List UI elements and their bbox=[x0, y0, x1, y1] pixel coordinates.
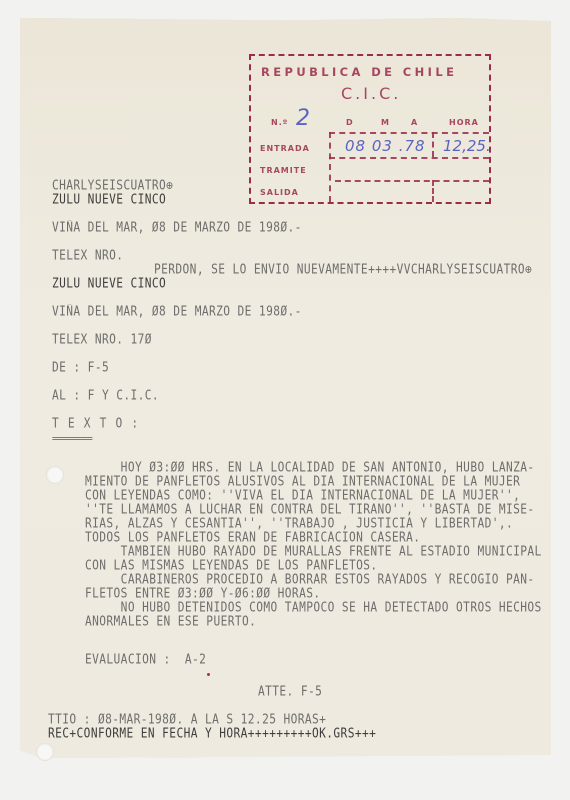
body-line: RIAS, ALZAS Y CESANTIA'', ''TRABAJO , JU… bbox=[85, 516, 513, 531]
body-line: MIENTO DE PANFLETOS ALUSIVOS AL DIA INTE… bbox=[85, 474, 520, 489]
body-line: FLETOS ENTRE Ø3:ØØ Y-Ø6:ØØ HORAS. bbox=[85, 586, 320, 601]
stamp-col-month: M bbox=[381, 118, 390, 127]
cic-reception-stamp: REPUBLICA DE CHILE C.I.C. N.º 2 D M A HO… bbox=[249, 54, 491, 204]
stamp-entrada-hora: 12,25. bbox=[443, 137, 491, 155]
receipt-confirmation-line: REC+CONFORME EN FECHA Y HORA+++++++++OK.… bbox=[48, 726, 376, 741]
body-line: NO HUBO DETENIDOS COMO TAMPOCO SE HA DET… bbox=[85, 600, 542, 615]
stamp-title: REPUBLICA DE CHILE bbox=[261, 65, 457, 79]
stamp-row-tramite: TRAMITE bbox=[260, 166, 307, 175]
body-line: CON LAS MISMAS LEYENDAS DE LOS PANFLETOS… bbox=[85, 558, 378, 573]
sender-callsign: CHARLYSEISCUATRO⊕ bbox=[52, 178, 173, 193]
body-line: TAMBIEN HUBO RAYADO DE MURALLAS FRENTE A… bbox=[85, 544, 542, 559]
place-date-line: VIÑA DEL MAR, Ø8 DE MARZO DE 198Ø.- bbox=[52, 220, 302, 235]
recipient-callsign: ZULU NUEVE CINCO bbox=[52, 192, 166, 207]
evaluation-line: EVALUACION : A-2 bbox=[85, 652, 206, 667]
punch-hole bbox=[46, 466, 64, 484]
body-line: CON LEYENDAS COMO: ''VIVA EL DIA INTERNA… bbox=[85, 488, 520, 503]
stamp-col-hora: HORA bbox=[449, 118, 479, 127]
main-place-date-line: VIÑA DEL MAR, Ø8 DE MARZO DE 198Ø.- bbox=[52, 304, 302, 319]
body-line: TODOS LOS PANFLETOS ERAN DE FABRICACION … bbox=[85, 530, 420, 545]
body-line: HOY Ø3:ØØ HRS. EN LA LOCALIDAD DE SAN AN… bbox=[85, 460, 535, 475]
texto-underline: ========= bbox=[52, 434, 92, 446]
red-ink-dot bbox=[207, 673, 210, 676]
stamp-col-day: D bbox=[346, 118, 354, 127]
body-line: ''TE LLAMAMOS A LUCHAR EN CONTRA DEL TIR… bbox=[85, 502, 535, 517]
stamp-number-label: N.º bbox=[271, 118, 288, 127]
resend-note: PERDON, SE LO ENVIO NUEVAMENTE++++VVCHAR… bbox=[154, 262, 532, 277]
to-line: AL : F Y C.I.C. bbox=[52, 388, 159, 403]
body-line: ANORMALES EN ESE PUERTO. bbox=[85, 614, 256, 629]
stamp-subtitle: C.I.C. bbox=[341, 84, 401, 103]
from-line: DE : F-5 bbox=[52, 360, 109, 375]
signature-line: ATTE. F-5 bbox=[258, 684, 322, 699]
stamp-row-entrada: ENTRADA bbox=[260, 144, 310, 153]
stamp-entrada-date: 08 03 .78 bbox=[345, 137, 426, 155]
texto-label: T E X T O : bbox=[52, 416, 139, 431]
telex-number-line: TELEX NRO. bbox=[52, 248, 123, 263]
stamp-row-salida: SALIDA bbox=[260, 188, 299, 197]
stamp-col-year: A bbox=[411, 118, 418, 127]
punch-hole bbox=[36, 743, 54, 761]
stamp-number-value: 2 bbox=[296, 106, 310, 131]
ttio-line: TTIO : Ø8-MAR-198Ø. A LA S 12.25 HORAS+ bbox=[48, 712, 326, 727]
body-line: CARABINEROS PROCEDIO A BORRAR ESTOS RAYA… bbox=[85, 572, 535, 587]
main-recipient-callsign: ZULU NUEVE CINCO bbox=[52, 276, 166, 291]
main-telex-number: TELEX NRO. 17Ø bbox=[52, 332, 152, 347]
